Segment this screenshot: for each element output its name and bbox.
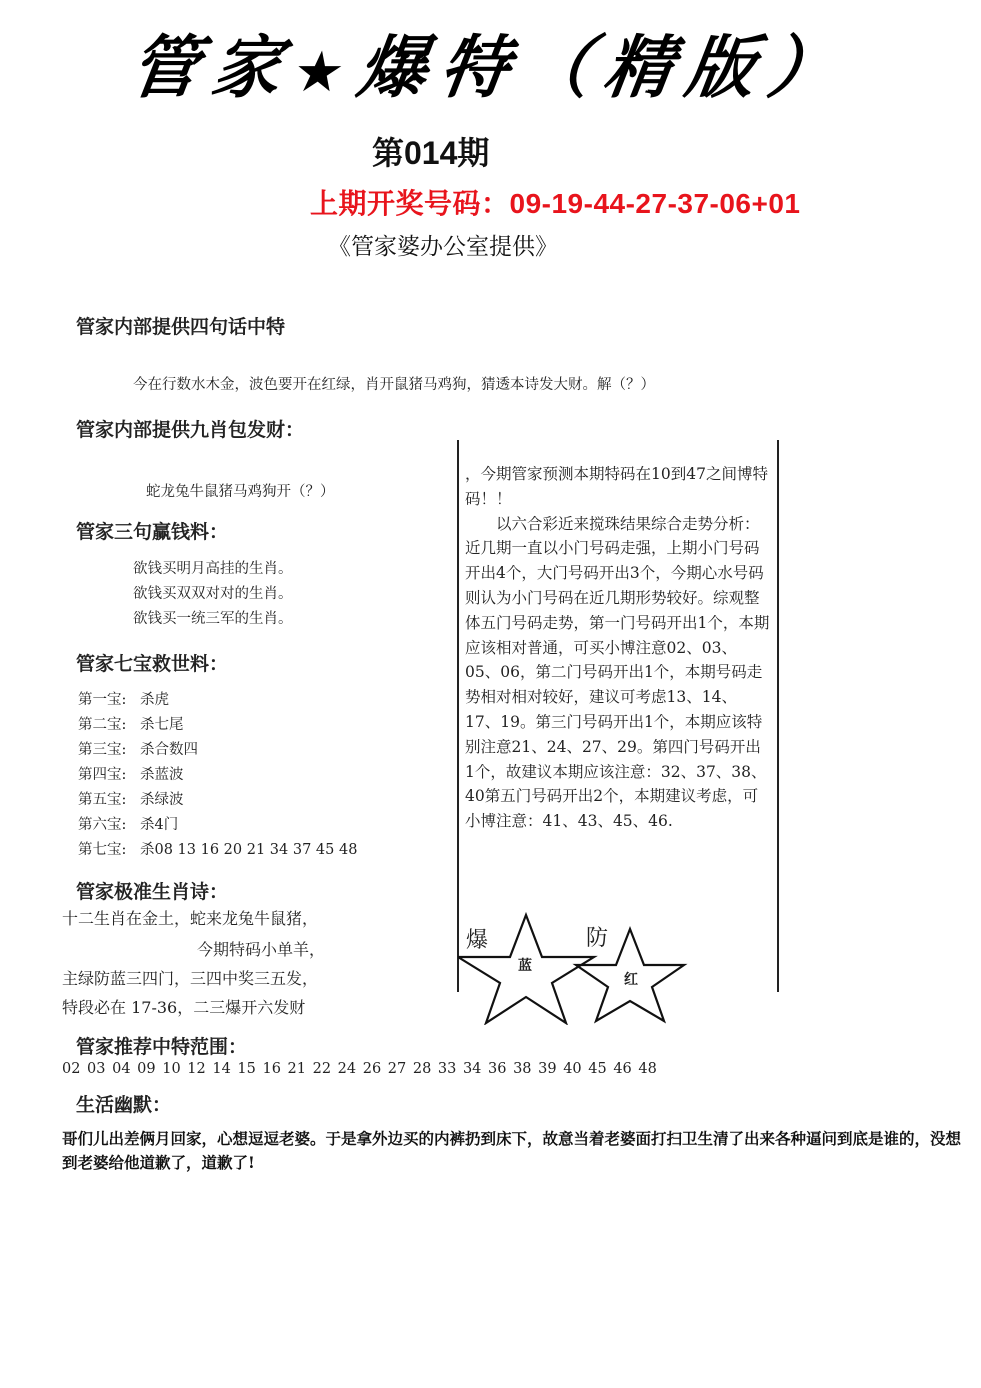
treasure-item: 第三宝:杀合数四 [78,738,198,759]
seven-treasures-heading: 管家七宝救世料： [76,649,228,676]
guard-color: 红 [624,969,638,989]
analysis-box: ，今期管家预测本期特码在10到47之间博特码！！ 以六合彩近来搅珠结果综合走势分… [465,462,770,834]
analysis-paragraph-2: 以六合彩近来搅珠结果综合走势分析：近几期一直以小门号码走强，上期小门号码开出4个… [465,512,770,834]
three-sentences-line: 欲钱买明月高挂的生肖。 [133,557,293,578]
burst-color: 蓝 [518,955,532,975]
burst-guard-stars: 爆 蓝 防 红 [458,905,698,1025]
burst-label: 爆 [466,923,488,954]
zodiac-poem-line: 特段必在 17-36，二三爆开六发财 [62,995,305,1018]
treasure-item: 第四宝:杀蓝波 [78,763,184,784]
page-title: 管家★爆特（精版） [123,24,856,118]
zodiac-poem-line: 主绿防蓝三四门，三四中奖三五发， [62,966,318,989]
humor-heading: 生活幽默： [76,1090,171,1117]
provider-credit: 《管家婆办公室提供》 [328,228,558,261]
guard-label: 防 [586,921,608,952]
last-draw-label: 上期开奖号码： [310,188,510,219]
nine-zodiac-heading: 管家内部提供九肖包发财： [76,415,304,442]
treasure-item: 第一宝:杀虎 [78,688,169,709]
box-right-border [777,440,779,992]
three-sentences-line: 欲钱买一统三军的生肖。 [133,607,293,628]
issue-number: 第014期 [372,128,489,174]
star-outline-icon [458,905,698,1025]
last-draw-result: 上期开奖号码：09-19-44-27-37-06+01 [310,182,801,222]
treasure-item: 第二宝:杀七尾 [78,713,184,734]
last-draw-numbers: 09-19-44-27-37-06+01 [510,188,801,219]
zodiac-poem-line: 十二生肖在金土，蛇来龙兔牛鼠猪， [62,906,318,929]
title-right: 爆特（精版） [353,29,856,108]
four-sentences-text: 今在行数水木金，波色要开在红绿，肖开鼠猪马鸡狗，猜透本诗发大财。解（？） [133,373,655,394]
humor-text: 哥们儿出差俩月回家，心想逗逗老婆。于是拿外边买的内裤扔到床下，故意当着老婆面打扫… [62,1127,962,1175]
nine-zodiac-text: 蛇龙兔牛鼠猪马鸡狗开（？） [146,480,335,501]
three-sentences-heading: 管家三句赢钱料： [76,517,228,544]
three-sentences-line: 欲钱买双双对对的生肖。 [133,582,293,603]
zodiac-poem-line: 今期特码小单羊， [197,937,325,960]
treasure-item: 第五宝:杀绿波 [78,788,184,809]
title-left: 管家 [125,29,300,108]
star-icon: ★ [289,40,362,105]
treasure-item: 第七宝:杀08 13 16 20 21 34 37 45 48 [78,838,357,859]
treasure-item: 第六宝:杀4门 [78,813,178,834]
recommend-range-heading: 管家推荐中特范围： [76,1032,247,1059]
zodiac-poem-heading: 管家极准生肖诗： [76,877,228,904]
analysis-paragraph-1: ，今期管家预测本期特码在10到47之间博特码！！ [465,462,770,512]
four-sentences-heading: 管家内部提供四句话中特 [76,312,285,339]
recommend-range-numbers: 02 03 04 09 10 12 14 15 16 21 22 24 26 2… [62,1061,657,1077]
